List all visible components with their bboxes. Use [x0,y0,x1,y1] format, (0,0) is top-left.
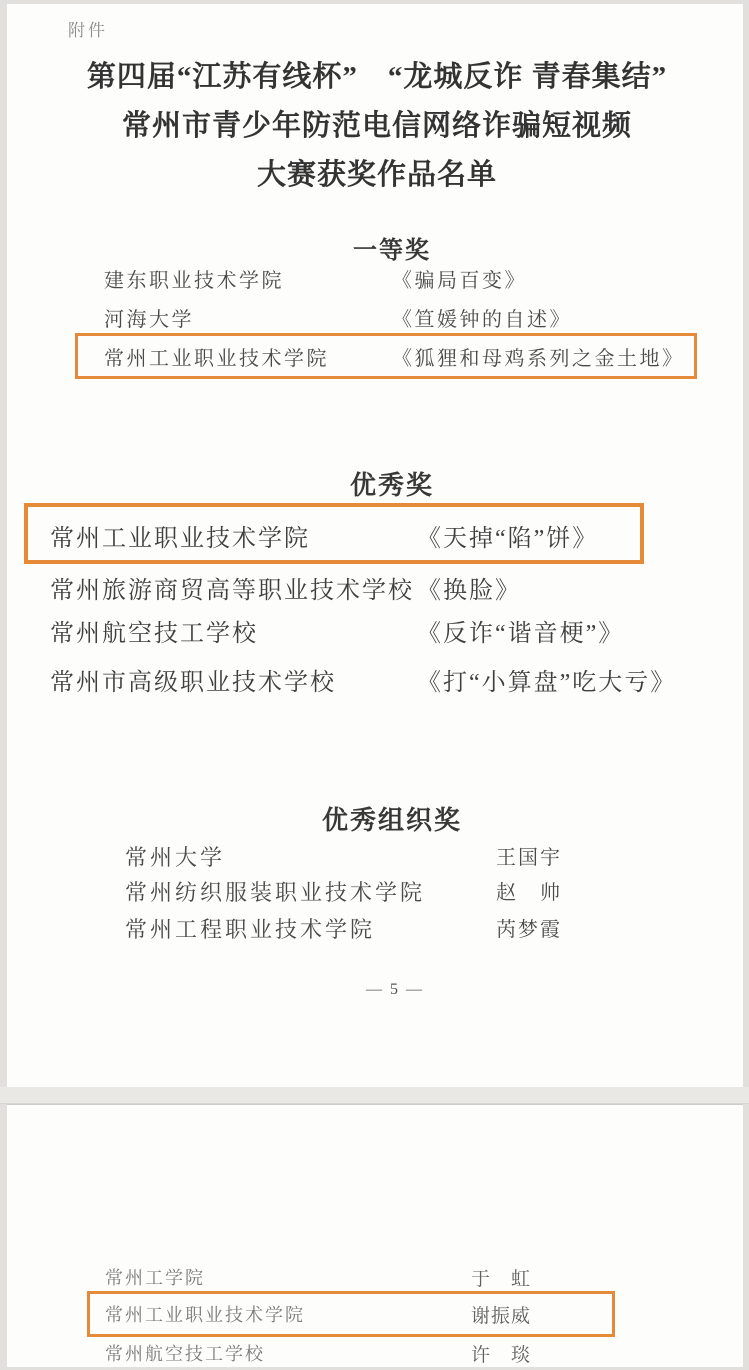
award-row-school: 常州工业职业技术学院 [104,342,329,371]
award-row-person-name: 王国宇 [496,841,562,870]
document-page-1: 附件 第四届“江苏有线杯” “龙城反诈 青春集结” 常州市青少年防范电信网络诈骗… [7,4,743,1088]
award-row-school: 常州工业职业技术学院 [105,1301,305,1327]
page-separator [0,1087,749,1104]
document-title-line-1: 第四届“江苏有线杯” “龙城反诈 青春集结” [7,54,743,95]
award-row-person-name: 许 琰 [471,1340,531,1367]
section-header-excellence-award: 优秀奖 [7,465,743,502]
document-screenshot: { "colors": { "highlight_border": "#e48a… [0,0,749,1370]
award-row-work: 《骗局百变》 [392,264,527,293]
award-row-work: 《狐狸和母鸡系列之金土地》 [392,342,685,371]
award-row-school: 常州工业职业技术学院 [50,518,310,553]
award-row-school: 常州工学院 [105,1264,205,1290]
section-header-first-prize: 一等奖 [7,230,743,265]
award-row-person-name: 芮梦霞 [496,913,562,942]
page-number: — 5 — [7,981,743,999]
award-row-work: 《笪媛钟的自述》 [392,303,572,332]
section-header-organization-award: 优秀组织奖 [7,800,743,837]
award-row-work: 《换脸》 [417,570,521,605]
award-row-person-name: 于 虹 [471,1264,531,1291]
attachment-label: 附件 [68,16,108,41]
award-row-school: 常州市高级职业技术学校 [50,662,336,697]
award-row-school: 常州航空技工学校 [105,1340,265,1366]
award-row-school: 常州工程职业技术学院 [125,913,375,944]
award-row-school: 建东职业技术学院 [104,264,284,293]
award-row-school: 河海大学 [104,303,194,332]
award-row-work: 《打“小算盘”吃大亏》 [417,662,676,697]
document-title-line-3: 大赛获奖作品名单 [7,152,743,193]
award-row-school: 常州纺织服装职业技术学院 [125,876,425,907]
document-title-line-2: 常州市青少年防范电信网络诈骗短视频 [7,103,743,144]
award-row-school: 常州旅游商贸高等职业技术学校 [50,570,414,605]
award-row-person-name: 赵 帅 [496,876,562,905]
award-row-school: 常州大学 [125,841,225,872]
award-row-school: 常州航空技工学校 [50,613,258,648]
award-row-work: 《反诈“谐音梗”》 [417,613,624,648]
award-row-work: 《天掉“陷”饼》 [417,518,598,553]
document-page-2: 常州工学院 于 虹 常州工业职业技术学院 谢振威 常州航空技工学校 许 琰 [7,1104,743,1367]
award-row-person-name: 谢振威 [471,1301,531,1328]
